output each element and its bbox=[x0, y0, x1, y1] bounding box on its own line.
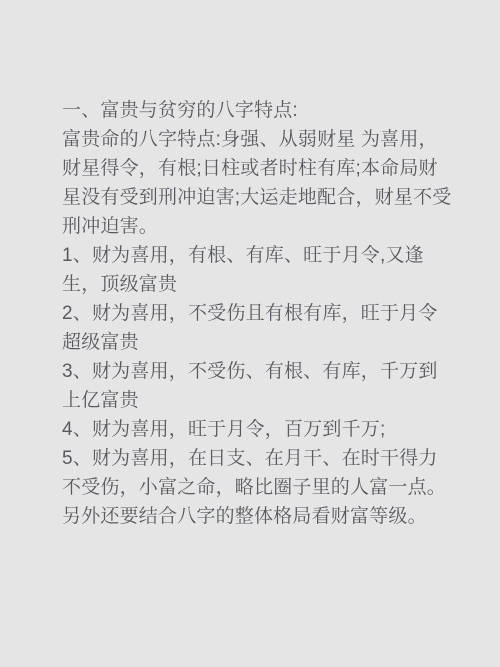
text-line: 刑冲迫害。 bbox=[62, 212, 462, 241]
text-line: 2、财为喜用，不受伤且有根有库，旺于月令 bbox=[62, 299, 462, 328]
text-line: 5、财为喜用，在日支、在月干、在时干得力 bbox=[62, 444, 462, 473]
text-line: 星没有受到刑冲迫害;大运走地配合，财星不受 bbox=[62, 183, 462, 212]
text-line: 4、财为喜用，旺于月令，百万到千万; bbox=[62, 415, 462, 444]
text-line: 1、财为喜用，有根、有库、旺于月令,又逢 bbox=[62, 241, 462, 270]
text-line: 超级富贵 bbox=[62, 328, 462, 357]
text-line: 财星得令，有根;日柱或者时柱有库;本命局财 bbox=[62, 154, 462, 183]
text-line: 另外还要结合八字的整体格局看财富等级。 bbox=[62, 502, 462, 531]
article-text-block: 一、富贵与贫穷的八字特点: 富贵命的八字特点:身强、从弱财星 为喜用， 财星得令… bbox=[62, 96, 462, 531]
text-line: 富贵命的八字特点:身强、从弱财星 为喜用， bbox=[62, 125, 462, 154]
text-line: 不受伤，小富之命，略比圈子里的人富一点。 bbox=[62, 473, 462, 502]
text-line: 3、财为喜用，不受伤、有根、有库，千万到 bbox=[62, 357, 462, 386]
page-title: 一、富贵与贫穷的八字特点: bbox=[62, 96, 462, 125]
text-line: 上亿富贵 bbox=[62, 386, 462, 415]
text-line: 生，顶级富贵 bbox=[62, 270, 462, 299]
